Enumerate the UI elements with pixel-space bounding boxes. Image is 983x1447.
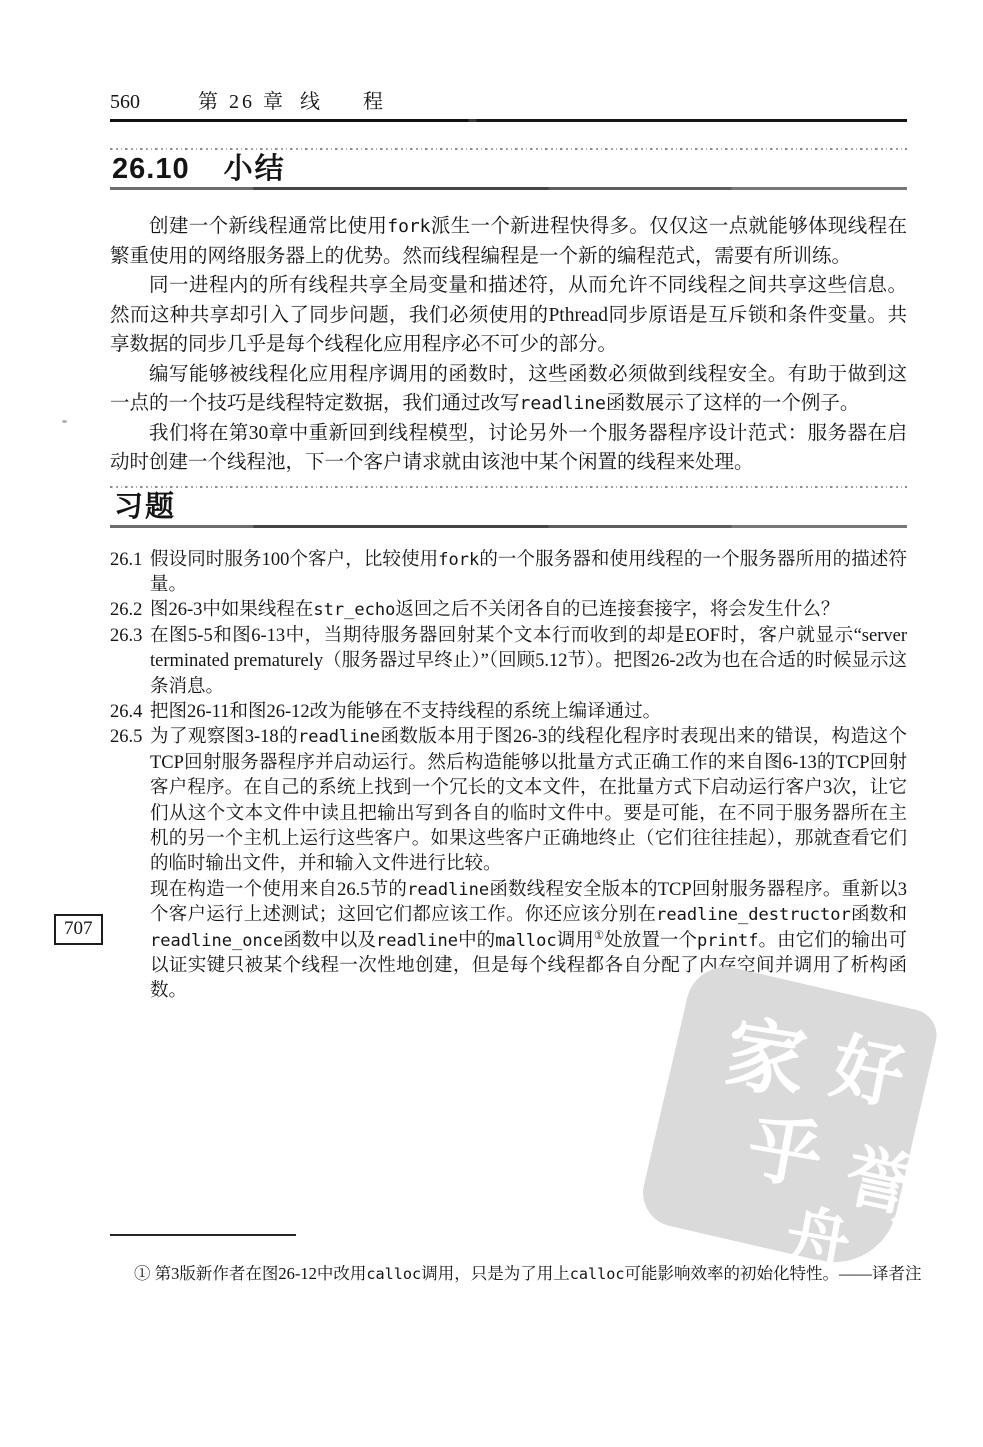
code-text: fork	[438, 550, 479, 570]
watermark-glyph: 誉	[838, 1122, 925, 1231]
exercise-paragraph: 图26-3中如果线程在str_echo返回之后不关闭各自的已连接套接字，将会发生…	[150, 598, 907, 623]
text-run: 返回之后不关闭各自的已连接套接字，将会发生什么？	[395, 600, 839, 620]
exercise-text: 假设同时服务100个客户，比较使用fork的一个服务器和使用线程的一个服务器所用…	[150, 548, 907, 599]
watermark-glyph: 好	[824, 1008, 915, 1124]
text-run: 在图5-5和图6-13中，当期待服务器回射某个文本行而收到的却是EOF时，客户就…	[150, 626, 907, 697]
exercise-item-26.2: 26.2图26-3中如果线程在str_echo返回之后不关闭各自的已连接套接字，…	[110, 598, 907, 623]
code-text: readline_destructor	[656, 905, 851, 925]
text-run: ① 第3版新作者在图26-12中改用	[134, 1264, 366, 1283]
code-text: calloc	[570, 1265, 625, 1283]
text-run: 可能影响效率的初始化特性。——译者注	[625, 1264, 922, 1283]
text-run: 把图26-11和图26-12改为能够在不支持线程的系统上编译通过。	[150, 702, 661, 722]
watermark-pdg-label: PDG	[883, 1152, 983, 1251]
summary-paragraph: 编写能够被线程化应用程序调用的函数时，这些函数必须做到线程安全。有助于做到这一点…	[110, 360, 907, 419]
watermark-glyph: 家	[718, 988, 815, 1114]
text-run: 函数和	[851, 905, 907, 925]
exercise-paragraph: 假设同时服务100个客户，比较使用fork的一个服务器和使用线程的一个服务器所用…	[150, 548, 907, 599]
text-run: 我们将在第30章中重新回到线程模型，讨论另外一个服务器程序设计范式：服务器在启动…	[110, 423, 907, 474]
exercise-list: 26.1假设同时服务100个客户，比较使用fork的一个服务器和使用线程的一个服…	[110, 548, 907, 1005]
running-head-chapter-title: 线 程	[300, 91, 384, 113]
summary-paragraph: 同一进程内的所有线程共享全局变量和描述符，从而允许不同线程之间共享这些信息。然而…	[110, 271, 907, 360]
page-content-column: 26.10 小结 创建一个新线程通常比使用fork派生一个新进程快得多。仅仅这一…	[110, 148, 907, 1005]
summary-paragraph: 我们将在第30章中重新回到线程模型，讨论另外一个服务器程序设计范式：服务器在启动…	[110, 419, 907, 478]
footnote-ref-mark: ①	[594, 929, 604, 941]
text-run: 调用，只是为了用上	[421, 1264, 570, 1283]
exercises-title: 习题	[114, 489, 176, 525]
exercises-heading-underline	[110, 525, 907, 528]
exercise-text: 在图5-5和图6-13中，当期待服务器回射某个文本行而收到的却是EOF时，客户就…	[150, 624, 907, 700]
code-text: printf	[697, 931, 758, 951]
exercise-number: 26.3	[110, 624, 150, 700]
scanned-book-page: 560第 26 章线 程 26.10 小结 创建一个新线程通常比使用fork派生…	[0, 0, 983, 1447]
section-title: 小结	[224, 151, 286, 187]
section-heading-summary: 26.10 小结	[112, 151, 907, 187]
exercise-number: 26.2	[110, 598, 150, 623]
running-head-rule	[110, 119, 907, 122]
summary-paragraph: 创建一个新线程通常比使用fork派生一个新进程快得多。仅仅这一点就能够体现线程在…	[110, 212, 907, 271]
text-run: 现在构造一个使用来自26.5节的	[150, 880, 407, 900]
running-head-chapter: 第 26 章	[198, 91, 286, 113]
exercise-paragraph: 把图26-11和图26-12改为能够在不支持线程的系统上编译通过。	[150, 700, 907, 725]
text-run: 处放置一个	[604, 931, 697, 951]
exercise-text: 图26-3中如果线程在str_echo返回之后不关闭各自的已连接套接字，将会发生…	[150, 598, 907, 623]
section-number: 26.10	[112, 151, 190, 187]
scan-artifact-dot	[62, 420, 67, 423]
pdg-watermark: 家 好 乎 誉 舟 PDG	[645, 982, 975, 1267]
text-run: 中的	[458, 931, 495, 951]
code-text: malloc	[495, 931, 556, 951]
exercise-number: 26.1	[110, 548, 150, 599]
text-run: 函数版本用于图26-3的线程化程序时表现出来的错误，构造这个TCP回射服务器程序…	[150, 727, 907, 874]
exercise-text: 把图26-11和图26-12改为能够在不支持线程的系统上编译通过。	[150, 700, 907, 725]
section-heading-underline	[110, 187, 907, 190]
text-run: 同一进程内的所有线程共享全局变量和描述符，从而允许不同线程之间共享这些信息。然而…	[110, 275, 907, 355]
text-run: 假设同时服务100个客户，比较使用	[150, 550, 438, 570]
exercise-item-26.4: 26.4把图26-11和图26-12改为能够在不支持线程的系统上编译通过。	[110, 700, 907, 725]
running-head: 560第 26 章线 程	[110, 90, 906, 114]
section-heading-exercises: 习题	[112, 489, 907, 525]
exercise-item-26.5: 26.5为了观察图3-18的readline函数版本用于图26-3的线程化程序时…	[110, 725, 907, 1004]
code-text: readline	[520, 393, 606, 414]
text-run: 图26-3中如果线程在	[150, 600, 313, 620]
exercise-text: 为了观察图3-18的readline函数版本用于图26-3的线程化程序时表现出来…	[150, 725, 907, 1004]
exercise-number: 26.4	[110, 700, 150, 725]
code-text: readline	[376, 931, 458, 951]
text-run: 创建一个新线程通常比使用	[149, 216, 387, 237]
exercise-item-26.1: 26.1假设同时服务100个客户，比较使用fork的一个服务器和使用线程的一个服…	[110, 548, 907, 599]
section-speckle-rule-top	[110, 148, 907, 150]
code-text: calloc	[366, 1265, 421, 1283]
exercise-paragraph: 在图5-5和图6-13中，当期待服务器回射某个文本行而收到的却是EOF时，客户就…	[150, 624, 907, 700]
running-head-page-number: 560	[110, 90, 198, 114]
exercise-number: 26.5	[110, 725, 150, 1004]
code-text: readline_once	[150, 931, 283, 951]
exercise-paragraph: 现在构造一个使用来自26.5节的readline函数线程安全版本的TCP回射服务…	[150, 878, 907, 1005]
text-run: 调用	[557, 931, 594, 951]
text-run: 函数中以及	[283, 931, 376, 951]
summary-paragraphs: 创建一个新线程通常比使用fork派生一个新进程快得多。仅仅这一点就能够体现线程在…	[110, 212, 907, 478]
footnote-separator-rule	[110, 1234, 296, 1236]
watermark-blob	[636, 959, 941, 1275]
exercise-paragraph: 为了观察图3-18的readline函数版本用于图26-3的线程化程序时表现出来…	[150, 725, 907, 877]
translator-footnote: ① 第3版新作者在图26-12中改用calloc调用，只是为了用上calloc可…	[134, 1262, 934, 1286]
exercise-item-26.3: 26.3在图5-5和图6-13中，当期待服务器回射某个文本行而收到的却是EOF时…	[110, 624, 907, 700]
code-text: readline	[298, 727, 380, 747]
exercises-section: 习题 26.1假设同时服务100个客户，比较使用fork的一个服务器和使用线程的…	[110, 486, 907, 1005]
watermark-glyph: 乎	[740, 1088, 831, 1205]
text-run: 为了观察图3-18的	[150, 727, 298, 747]
margin-folio-box: 707	[54, 914, 103, 945]
exercises-speckle-rule-top	[110, 486, 907, 488]
text-run: 函数展示了这样的一个例子。	[606, 393, 860, 414]
code-text: fork	[387, 216, 430, 237]
code-text: str_echo	[313, 600, 395, 620]
code-text: readline	[407, 880, 489, 900]
